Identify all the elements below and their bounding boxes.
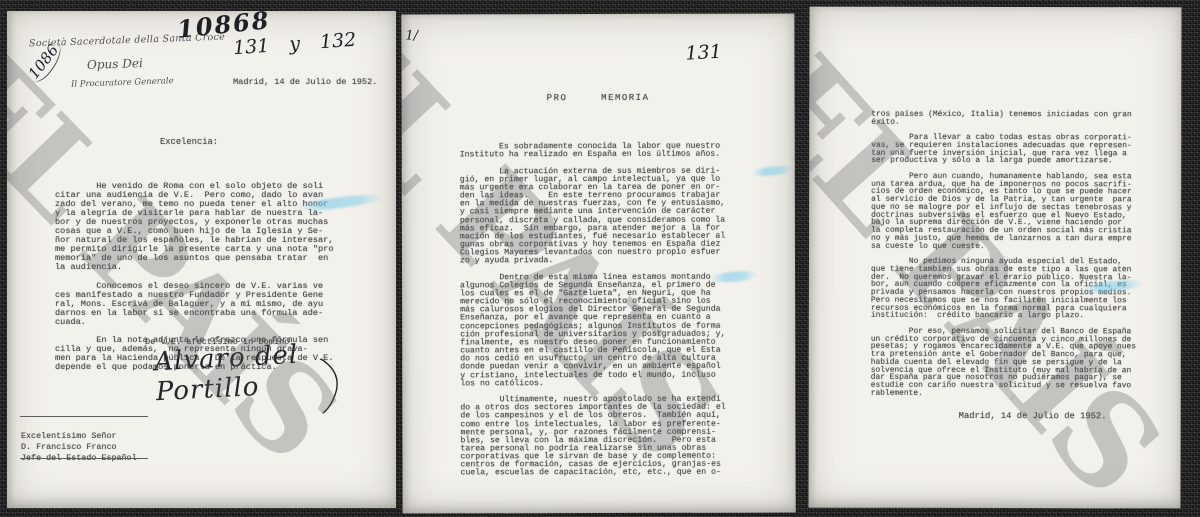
handwritten-folio-number: 131 [685, 41, 722, 65]
addressee-rule-top [20, 416, 148, 417]
handwritten-page-mark: 1/ [405, 28, 418, 43]
salutation: Excelencia: [160, 137, 218, 147]
letter-page-1: EL PAÍS Società Sacerdotale della Santa … [7, 11, 396, 508]
letterhead-procurator-general: Il Procuratore Generale [71, 76, 174, 90]
signature-alvaro-del-portillo: Alvaro del Portillo [154, 335, 396, 408]
memoria-body-continued: tros países (México, Italia) tenemos ini… [871, 111, 1137, 398]
date-line: Madrid, 14 de Julio de 1952. [233, 77, 377, 87]
letterhead-opus-dei: Opus Dei [87, 56, 143, 72]
date-line: Madrid, 14 de Julio de 1952. [959, 411, 1107, 421]
scanned-documents-background: EL PAÍS Società Sacerdotale della Santa … [0, 0, 1200, 517]
memoria-body: Es sobradamente conocida la labor que nu… [460, 143, 726, 478]
signature-flourish [313, 355, 353, 417]
addressee-rule-bottom [20, 458, 148, 459]
memoria-page-1: EL PAÍS 1/ 131 PRO MEMORIA Es sobradamen… [401, 13, 795, 513]
memoria-page-2: EL PAÍS tros países (México, Italia) ten… [808, 7, 1181, 509]
blue-highlight-streak [751, 164, 794, 177]
memoria-title: PRO MEMORIA [402, 92, 795, 103]
